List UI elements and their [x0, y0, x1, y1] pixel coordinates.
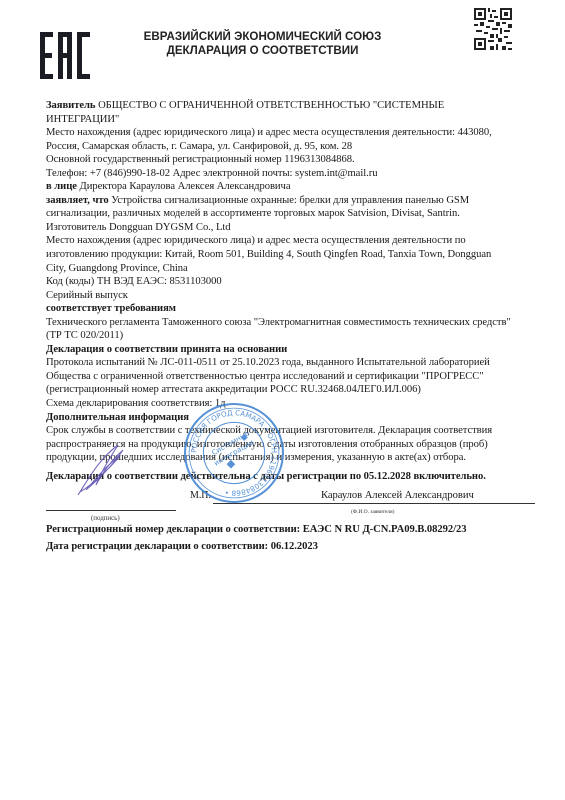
registration-date-label: Дата регистрации декларации о соответств…: [46, 541, 268, 552]
declaration-scheme: Схема декларирования соответствия: 1д: [46, 397, 541, 411]
conforms-heading: соответствует требованиям: [46, 302, 541, 316]
validity-statement: Декларация о соответствии действительна …: [46, 470, 541, 484]
basis-accreditation: (регистрационный номер аттестата аккреди…: [46, 383, 541, 397]
product-description: Устройства сигнализационные охранные: бр…: [111, 195, 469, 206]
basis-heading: Декларация о соответствии принята на осн…: [46, 343, 541, 357]
applicant-address: Место нахождения (адрес юридического лиц…: [46, 126, 541, 140]
declaration-body: Заявитель ОБЩЕСТВО С ОГРАНИЧЕННОЙ ОТВЕТС…: [46, 99, 541, 553]
manufacturer: Изготовитель Dongguan DYGSM Co., Ltd: [46, 221, 541, 235]
signatory-name: Караулов Алексей Александрович: [321, 489, 474, 503]
declares-line: заявляет, что Устройства сигнализационны…: [46, 194, 541, 208]
applicant-name-cont: ИНТЕГРАЦИИ": [46, 113, 541, 127]
applicant-label: Заявитель: [46, 100, 95, 111]
registration-number-value: ЕАЭС N RU Д-CN.PA09.B.08292/23: [303, 524, 467, 535]
signature-block: (подпись) М.П. Караулов Алексей Александ…: [46, 483, 541, 523]
registration-number-line: Регистрационный номер декларации о соотв…: [46, 523, 541, 537]
document-header: ЕВРАЗИЙСКИЙ ЭКОНОМИЧЕСКИЙ СОЮЗ ДЕКЛАРАЦИ…: [140, 30, 385, 58]
applicant-line: Заявитель ОБЩЕСТВО С ОГРАНИЧЕННОЙ ОТВЕТС…: [46, 99, 541, 113]
registration-date-value: 06.12.2023: [271, 541, 318, 552]
manufacturer-address-cont2: City, Guangdong Province, China: [46, 262, 541, 276]
additional-info-cont2: продукции, прошедших исследования (испыт…: [46, 451, 541, 465]
manufacturer-address: Место нахождения (адрес юридического лиц…: [46, 234, 541, 248]
signature-caption: (подпись): [91, 512, 120, 526]
release-type: Серийный выпуск: [46, 289, 541, 303]
applicant-ogrn: Основной государственный регистрационный…: [46, 153, 541, 167]
union-title: ЕВРАЗИЙСКИЙ ЭКОНОМИЧЕСКИЙ СОЮЗ: [140, 30, 385, 44]
document-title: ДЕКЛАРАЦИЯ О СООТВЕТСТВИИ: [140, 44, 385, 58]
manufacturer-address-cont: изготовлению продукции: Китай, Room 501,…: [46, 248, 541, 262]
basis-lab: Общества с ограниченной ответственностью…: [46, 370, 541, 384]
applicant-name: ОБЩЕСТВО С ОГРАНИЧЕННОЙ ОТВЕТСТВЕННОСТЬЮ…: [98, 100, 444, 111]
applicant-address-cont: Россия, Самарская область, г. Самара, ул…: [46, 140, 541, 154]
registration-date-line: Дата регистрации декларации о соответств…: [46, 540, 541, 554]
represented-line: в лице Директора Караулова Алексея Алекс…: [46, 180, 541, 194]
signature-line: [46, 510, 176, 511]
hs-code: Код (коды) ТН ВЭД ЕАЭС: 8531103000: [46, 275, 541, 289]
stamp-label: М.П.: [190, 489, 211, 503]
regulation-cont: (ТР ТС 020/2011): [46, 329, 541, 343]
product-description-cont: сигнализации, различных моделей в ассорт…: [46, 207, 541, 221]
represented-label: в лице: [46, 181, 77, 192]
represented-by: Директора Караулова Алексея Александрови…: [80, 181, 291, 192]
applicant-contacts: Телефон: +7 (846)990-18-02 Адрес электро…: [46, 167, 541, 181]
additional-info: Срок службы в соответствии с технической…: [46, 424, 541, 438]
eac-logo-icon: [40, 32, 90, 79]
registration-number-label: Регистрационный номер декларации о соотв…: [46, 524, 300, 535]
qr-code-icon: [474, 8, 512, 50]
name-caption: (Ф.И.О. заявителя): [351, 506, 394, 520]
name-line: [213, 503, 535, 504]
regulation: Технического регламента Таможенного союз…: [46, 316, 541, 330]
basis-protocol: Протокола испытаний № ЛС-011-0511 от 25.…: [46, 356, 541, 370]
declares-label: заявляет, что: [46, 195, 109, 206]
additional-heading: Дополнительная информация: [46, 411, 541, 425]
additional-info-cont: распространяется на продукцию, изготовле…: [46, 438, 541, 452]
